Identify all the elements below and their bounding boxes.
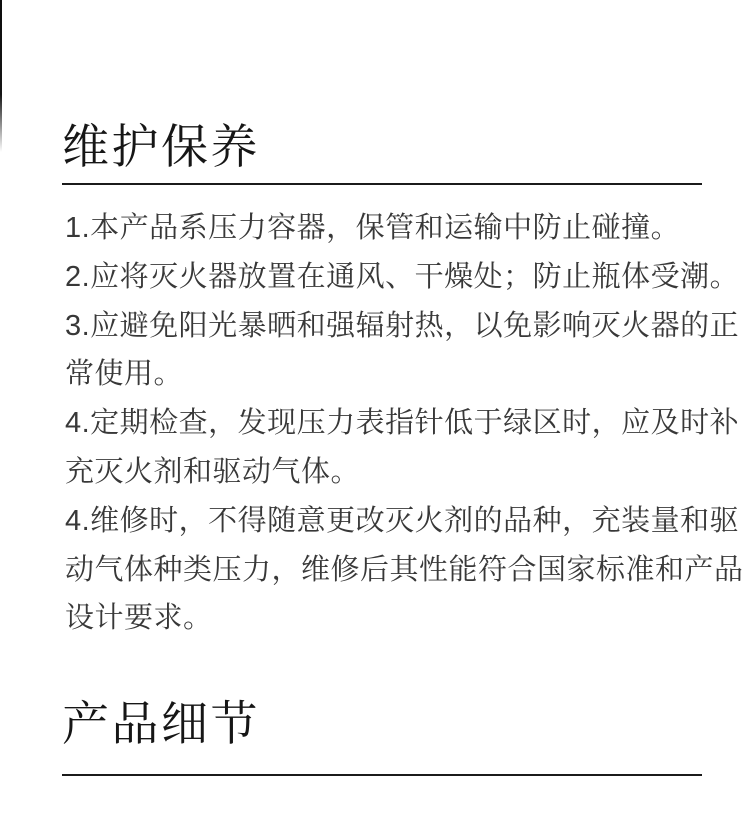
maintenance-line: 1.本产品系压力容器，保管和运输中防止碰撞。 — [65, 204, 730, 253]
maintenance-line: 动气体种类压力，维修后其性能符合国家标准和产品 — [65, 546, 730, 595]
maintenance-line: 常使用。 — [65, 350, 730, 399]
product-details-title-underline — [62, 774, 702, 776]
product-details-section-title: 产品细节 — [62, 699, 260, 748]
maintenance-line: 4.维修时，不得随意更改灭火剂的品种，充装量和驱 — [65, 497, 730, 546]
page: { "colors": { "background": "#ffffff", "… — [0, 0, 750, 818]
maintenance-line: 4.定期检查，发现压力表指针低于绿区时，应及时补 — [65, 399, 730, 448]
maintenance-line: 2.应将灭火器放置在通风、干燥处；防止瓶体受潮。 — [65, 253, 730, 302]
maintenance-line: 充灭火剂和驱动气体。 — [65, 448, 730, 497]
maintenance-line: 设计要求。 — [65, 594, 730, 643]
maintenance-section-title: 维护保养 — [62, 122, 260, 171]
maintenance-line: 3.应避免阳光暴晒和强辐射热，以免影响灭火器的正 — [65, 302, 730, 351]
maintenance-title-underline — [62, 183, 702, 185]
maintenance-instructions: 1.本产品系压力容器，保管和运输中防止碰撞。 2.应将灭火器放置在通风、干燥处；… — [65, 204, 730, 643]
left-edge-artifact-line — [0, 0, 2, 152]
